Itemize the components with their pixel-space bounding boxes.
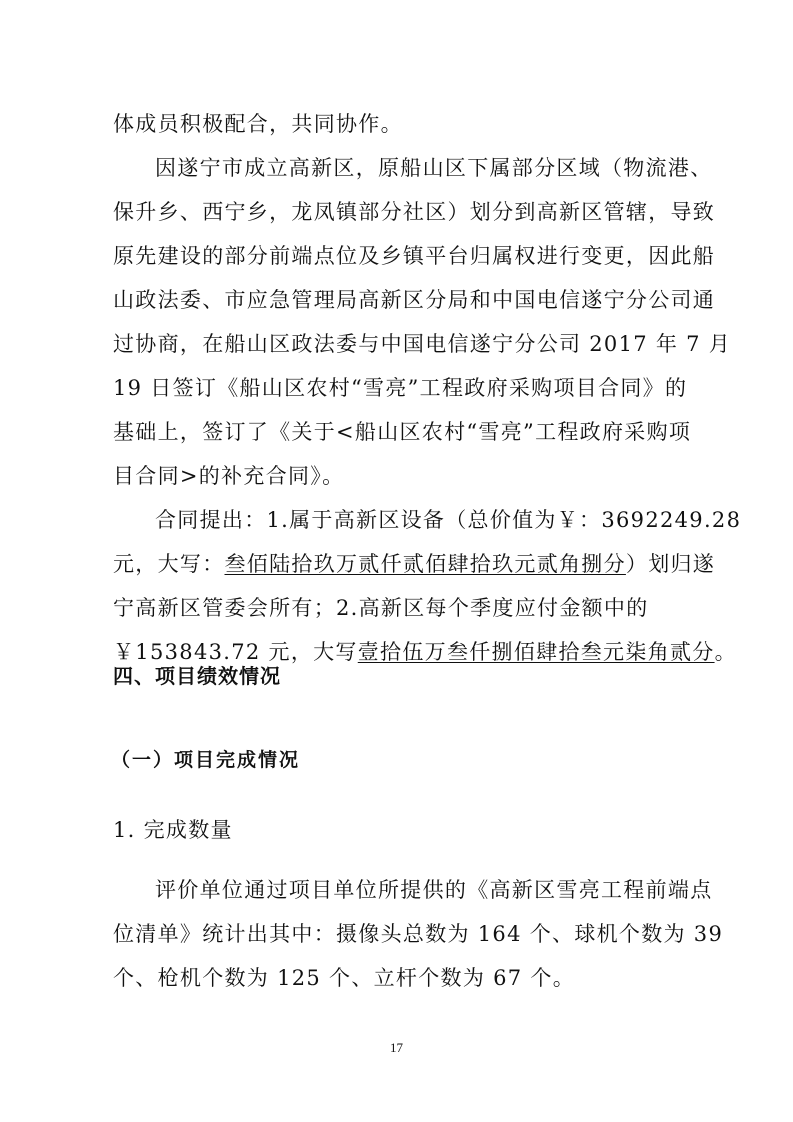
paragraph-line: 因遂宁市成立高新区，原船山区下属部分区域（物流港、 <box>155 156 713 180</box>
paragraph-line: 19 日签订《船山区农村“雪亮”工程政府采购项目合同》的 <box>113 376 687 400</box>
paragraph-line: 位清单》统计出其中：摄像头总数为 164 个、球机个数为 39 <box>113 922 723 946</box>
paragraph-line: 元，大写：叁佰陆拾玖万贰仟贰佰肆拾玖元贰角捌分）划归遂 <box>113 552 715 576</box>
paragraph-line: 合同提出：1.属于高新区设备（总价值为￥：3692249.28 <box>155 508 741 532</box>
section-heading: 四、项目绩效情况 <box>113 664 281 688</box>
underlined-amount-in-words: 壹拾伍万叁仟捌佰肆拾叁元柒角贰分 <box>358 640 715 664</box>
paragraph-line: 目合同>的补充合同》。 <box>113 464 344 488</box>
item-heading: 1. 完成数量 <box>113 818 233 842</box>
underlined-amount-in-words: 叁佰陆拾玖万贰仟贰佰肆拾玖元贰角捌分 <box>225 552 626 576</box>
paragraph-line: 原先建设的部分前端点位及乡镇平台归属权进行变更，因此船 <box>113 244 715 268</box>
paragraph-line: 过协商，在船山区政法委与中国电信遂宁分公司 2017 年 7 月 <box>113 332 731 356</box>
paragraph-line: ￥153843.72 元，大写壹拾伍万叁仟捌佰肆拾叁元柒角贰分。 <box>113 640 737 664</box>
paragraph-line: 个、枪机个数为 125 个、立杆个数为 67 个。 <box>113 966 575 990</box>
paragraph-line: 宁高新区管委会所有；2.高新区每个季度应付金额中的 <box>113 596 649 620</box>
paragraph-line: 评价单位通过项目单位所提供的《高新区雪亮工程前端点 <box>155 878 713 902</box>
text-segment: ￥153843.72 元，大写 <box>113 640 358 664</box>
text-segment: ）划归遂 <box>626 552 715 576</box>
paragraph-line: 基础上，签订了《关于<船山区农村“雪亮”工程政府采购项 <box>113 420 691 444</box>
paragraph-line: 保升乡、西宁乡，龙凤镇部分社区）划分到高新区管辖，导致 <box>113 200 715 224</box>
subsection-heading: （一）项目完成情况 <box>111 748 300 772</box>
page-number: 17 <box>0 1040 793 1056</box>
paragraph-line: 山政法委、市应急管理局高新区分局和中国电信遂宁分公司通 <box>113 288 715 312</box>
text-segment: 元，大写： <box>113 552 225 576</box>
text-segment: 。 <box>715 640 737 664</box>
paragraph-line: 体成员积极配合，共同协作。 <box>113 112 403 136</box>
